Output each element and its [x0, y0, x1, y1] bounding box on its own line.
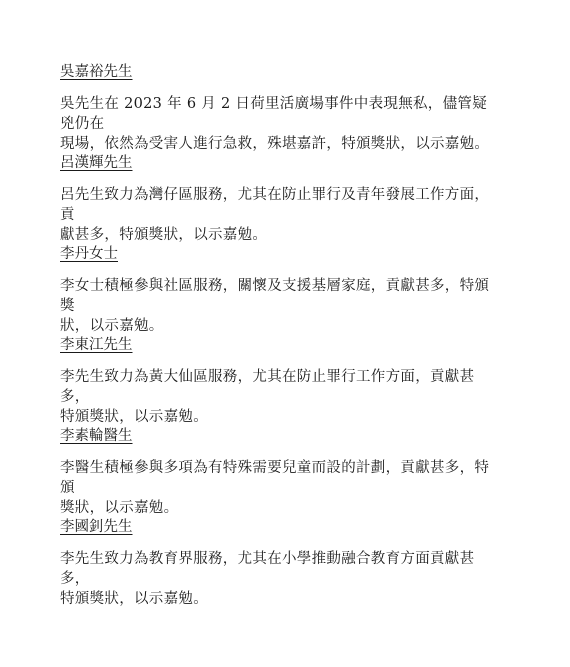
recipient-name: 李國釗先生	[60, 517, 133, 537]
award-entry: 李素輪醫生 李醫生積極參與多項為有特殊需要兒童而設的計劃，貢獻甚多，特頒 獎狀，…	[60, 425, 500, 516]
award-citation: 李女士積極參與社區服務，關懷及支援基層家庭，貢獻甚多，特頒獎 狀，以示嘉勉。	[60, 276, 500, 336]
citation-line: 現場，依然為受害人進行急救，殊堪嘉許，特頒獎狀，以示嘉勉。	[60, 136, 489, 152]
award-entry: 李東江先生 李先生致力為黃大仙區服務，尤其在防止罪行工作方面，貢獻甚多， 特頒獎…	[60, 334, 500, 425]
recipient-name: 呂漢輝先生	[60, 153, 133, 173]
award-citation: 李先生致力為教育界服務，尤其在小學推動融合教育方面貢獻甚多， 特頒獎狀，以示嘉勉…	[60, 549, 500, 609]
citation-line: 特頒獎狀，以示嘉勉。	[60, 409, 208, 425]
citation-line: 狀，以示嘉勉。	[60, 318, 164, 334]
recipient-name: 李東江先生	[60, 335, 133, 355]
citation-line: 特頒獎狀，以示嘉勉。	[60, 591, 208, 607]
award-entry: 李丹女士 李女士積極參與社區服務，關懷及支援基層家庭，貢獻甚多，特頒獎 狀，以示…	[60, 243, 500, 334]
award-entry: 李國釗先生 李先生致力為教育界服務，尤其在小學推動融合教育方面貢獻甚多， 特頒獎…	[60, 516, 500, 607]
award-citation: 呂先生致力為灣仔區服務，尤其在防止罪行及青年發展工作方面，貢 獻甚多，特頒獎狀，…	[60, 185, 500, 245]
award-entry: 呂漢輝先生 呂先生致力為灣仔區服務，尤其在防止罪行及青年發展工作方面，貢 獻甚多…	[60, 152, 500, 243]
award-entry: 吳嘉裕先生 吳先生在 2023 年 6 月 2 日荷里活廣場事件中表現無私，儘管…	[60, 61, 500, 152]
document-page: 吳嘉裕先生 吳先生在 2023 年 6 月 2 日荷里活廣場事件中表現無私，儘管…	[60, 61, 500, 607]
award-citation: 吳先生在 2023 年 6 月 2 日荷里活廣場事件中表現無私，儘管疑兇仍在 現…	[60, 94, 500, 154]
recipient-name: 李丹女士	[60, 244, 118, 264]
citation-line: 獎狀，以示嘉勉。	[60, 500, 178, 516]
citation-line: 李醫生積極參與多項為有特殊需要兒童而設的計劃，貢獻甚多，特頒	[60, 460, 489, 496]
citation-line: 李先生致力為教育界服務，尤其在小學推動融合教育方面貢獻甚多，	[60, 551, 474, 587]
citation-line: 獻甚多，特頒獎狀，以示嘉勉。	[60, 227, 267, 243]
recipient-name: 吳嘉裕先生	[60, 62, 133, 82]
recipient-name: 李素輪醫生	[60, 426, 133, 446]
award-citation: 李先生致力為黃大仙區服務，尤其在防止罪行工作方面，貢獻甚多， 特頒獎狀，以示嘉勉…	[60, 367, 500, 427]
citation-line: 李先生致力為黃大仙區服務，尤其在防止罪行工作方面，貢獻甚多，	[60, 369, 474, 405]
citation-line: 吳先生在 2023 年 6 月 2 日荷里活廣場事件中表現無私，儘管疑兇仍在	[60, 96, 487, 132]
citation-line: 呂先生致力為灣仔區服務，尤其在防止罪行及青年發展工作方面，貢	[60, 187, 489, 223]
citation-line: 李女士積極參與社區服務，關懷及支援基層家庭，貢獻甚多，特頒獎	[60, 278, 489, 314]
award-citation: 李醫生積極參與多項為有特殊需要兒童而設的計劃，貢獻甚多，特頒 獎狀，以示嘉勉。	[60, 458, 500, 518]
